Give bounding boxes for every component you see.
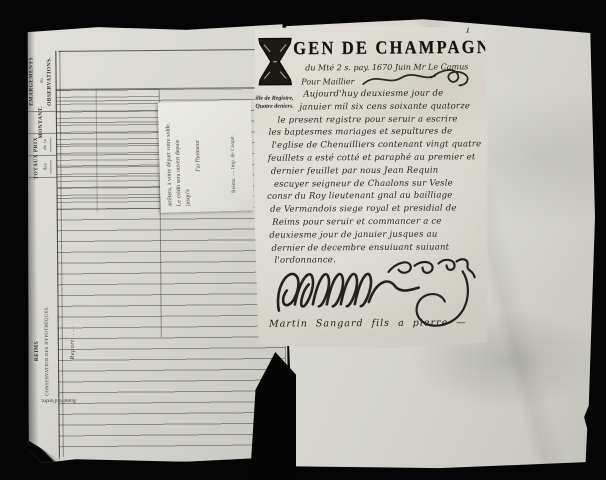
illegible-text-bar [51,159,52,173]
manuscript-line: feuillets a esté cotté et paraphé au pre… [268,151,482,165]
emargements-label: ÉMARGEMENTS [29,57,37,106]
manuscript-line: de Vermandois siege royal et presidial d… [270,202,482,216]
numero-ordre-label: Numéro d'ordre. [32,397,84,403]
ledger-header-totaux: TOTAUX des [28,156,56,178]
reims-label: REIMS [34,341,42,361]
fee-annotation-line: Pour Maillier [301,78,354,86]
ledger-header-montant: MONTANT. [28,112,56,134]
grid-top-rule [58,49,282,52]
manuscript-line: januier mil six cens soixante quatorze [299,100,481,114]
montant-label: MONTANT. [38,106,46,139]
report-label-wrap: Report. . . . [70,325,78,377]
report-label: Report. . . . [70,325,77,360]
ledger-office-label: REIMS CONSERVATION DES HYPOTHÈQUES. [34,325,50,377]
emargements-ou-label: ou [38,78,44,83]
manuscript-line: Aujourd'huy deuxiesme jour de [303,87,481,101]
archive-scan: ÉMARGEMENTS ou OBSERVATIONS. MONTANT. PR… [0,0,606,480]
register-title: GEN DE CHAMPAGNE [293,38,504,58]
later-annotation-note: Martin Sangard fils a pierre — [269,317,467,329]
slip-imprint-line: Reims. — Imp. de Coopé. [228,105,239,193]
conservation-label: CONSERVATION DES HYPOTHÈQUES. [43,306,50,396]
manuscript-page: 1 GEN DE CHAMPAGNE du Mté 2 s. pay. 1670… [253,23,489,349]
slip-line: J'ai l'honneur [193,106,204,172]
ledger-header-emargements: ÉMARGEMENTS ou OBSERVATIONS. [27,51,56,112]
slip-rotated-text: arrêtera, à votre départ votre solde. Le… [158,100,254,212]
manuscript-body: Aujourd'huy deuxiesme jour de januier mi… [261,87,482,268]
grid-dense-row-lines [56,89,160,212]
ledger-page: ÉMARGEMENTS ou OBSERVATIONS. MONTANT. PR… [25,23,289,463]
prix-sub-label: de la [42,139,48,150]
woodcut-initial-icon [257,37,293,92]
totaux-sub-label: des [42,163,48,170]
illegible-text-bar [51,137,52,151]
slip-line: jusqu'à [182,106,194,206]
observations-label: OBSERVATIONS. [47,56,55,105]
totaux-label: TOTAUX [33,154,41,180]
prix-label: PRIX [33,137,41,152]
pasted-printed-slip: arrêtera, à votre départ votre solde. Le… [158,100,254,212]
